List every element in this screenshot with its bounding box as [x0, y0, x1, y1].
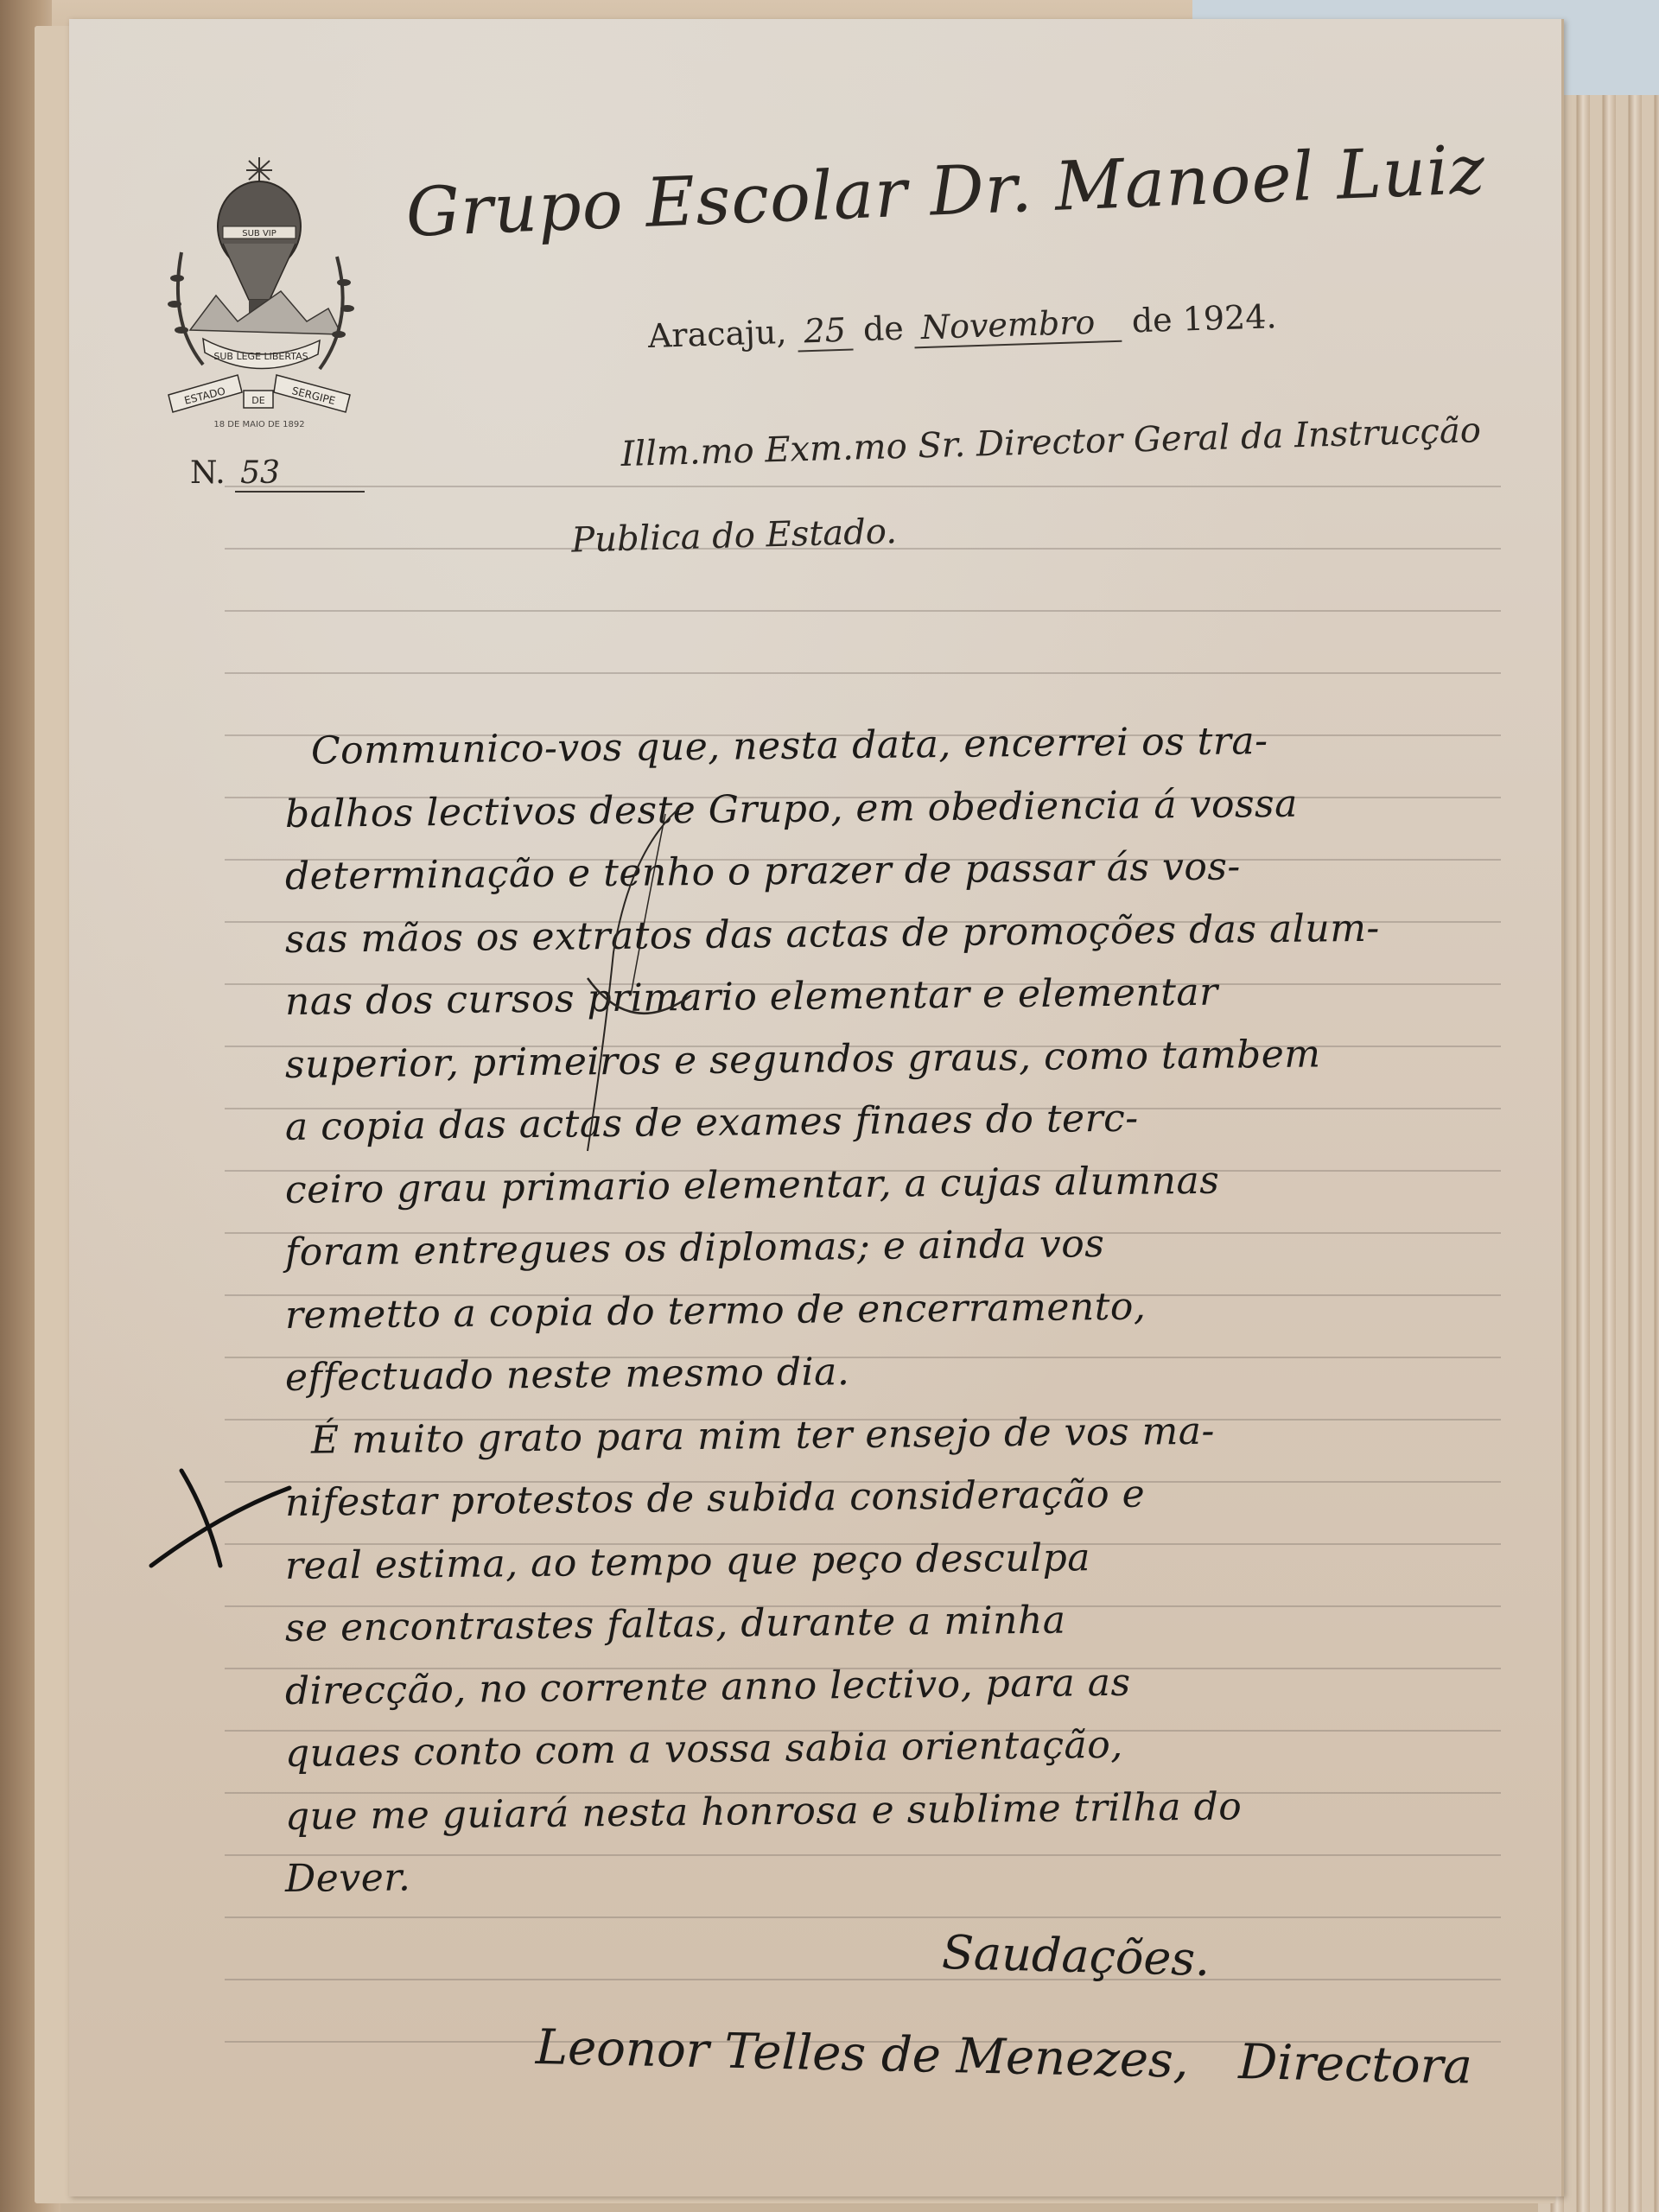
margin-x-mark-icon [143, 1453, 298, 1574]
ruled-line [225, 610, 1501, 612]
svg-text:SUB LEGE LIBERTAS: SUB LEGE LIBERTAS [213, 351, 308, 362]
addressee-line-1: Illm.mo Exm.mo Sr. Director Geral da Ins… [620, 410, 1481, 474]
date-month: Novembro [913, 302, 1122, 349]
state-crest-emblem: SUB VIP SUB LEGE LIBERTAS ESTADO DE SERG… [156, 149, 363, 434]
letter-body: Communico-vos que, nesta data, encerrei … [285, 721, 1633, 1911]
signature: Leonor Telles de Menezes, Directora [535, 2019, 1472, 2095]
balloon-crest-icon: SUB VIP SUB LEGE LIBERTAS ESTADO DE SERG… [156, 149, 363, 434]
school-letterhead-title: Grupo Escolar Dr. Manoel Luiz [404, 129, 1548, 252]
ruled-line [225, 672, 1501, 674]
addressee-block: Illm.mo Exm.mo Sr. Director Geral da Ins… [620, 388, 1484, 582]
number-value: 53 [235, 455, 365, 493]
date-de-1: de [862, 309, 904, 348]
signatory-name: Leonor Telles de Menezes, [535, 2019, 1189, 2089]
date-de-2: de [1131, 301, 1173, 340]
svg-text:18 DE MAIO DE 1892: 18 DE MAIO DE 1892 [213, 420, 304, 429]
signatory-title: Directora [1238, 2034, 1473, 2095]
svg-text:SUB VIP: SUB VIP [242, 229, 276, 238]
city-label: Aracaju, [647, 313, 787, 355]
ruled-line [225, 1979, 1501, 1980]
date-line: Aracaju, 25 de Novembro de 1924. [647, 297, 1277, 357]
addressee-line-2: Publica do Estado. [570, 473, 1484, 582]
date-day: 25 [797, 311, 854, 353]
body-line: Dever. [285, 1834, 1634, 1911]
letter-page: SUB VIP SUB LEGE LIBERTAS ESTADO DE SERG… [69, 19, 1564, 2196]
number-label: N. [190, 455, 226, 491]
svg-text:DE: DE [251, 395, 264, 406]
ruled-line [225, 1916, 1501, 1918]
document-number: N. 53 [190, 455, 365, 493]
closing-salutation: Saudações. [941, 1925, 1211, 1986]
date-year: 1924. [1182, 297, 1277, 338]
